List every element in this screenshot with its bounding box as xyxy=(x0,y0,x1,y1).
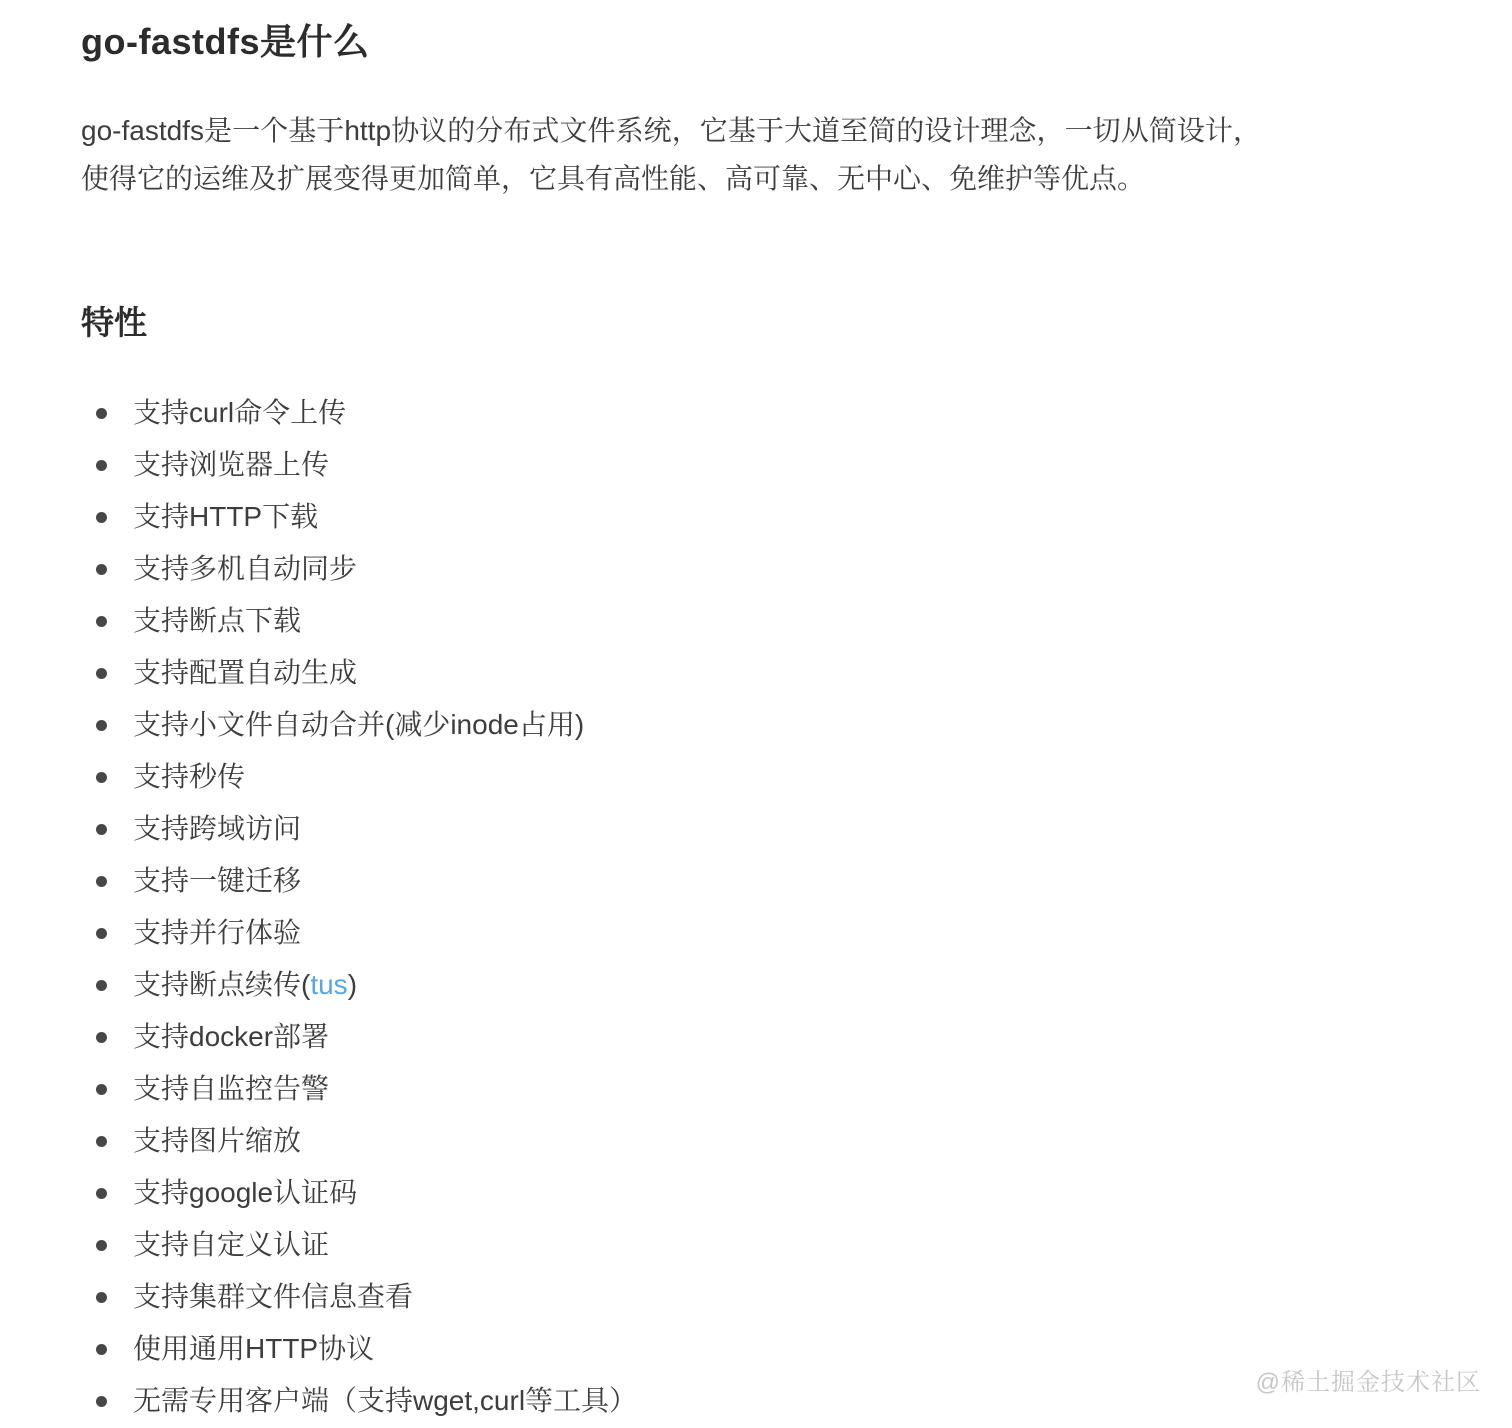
feature-item: 支持自定义认证 xyxy=(81,1219,1432,1271)
feature-item: 支持curl命令上传 xyxy=(81,387,1432,439)
feature-text: 支持断点续传( xyxy=(133,969,310,1000)
feature-item: 支持跨域访问 xyxy=(81,803,1432,855)
feature-item: 支持断点下载 xyxy=(81,595,1432,647)
feature-item: 支持配置自动生成 xyxy=(81,647,1432,699)
tus-link[interactable]: tus xyxy=(310,969,347,1000)
feature-item: 支持秒传 xyxy=(81,751,1432,803)
features-heading: 特性 xyxy=(81,303,1432,343)
feature-text: ) xyxy=(348,969,357,1000)
feature-item: 支持小文件自动合并(减少inode占用) xyxy=(81,699,1432,751)
feature-item: 支持自监控告警 xyxy=(81,1063,1432,1115)
feature-item: 支持google认证码 xyxy=(81,1167,1432,1219)
page-title: go-fastdfs是什么 xyxy=(81,0,1432,63)
intro-paragraph: go-fastdfs是一个基于http协议的分布式文件系统，它基于大道至简的设计… xyxy=(81,107,1261,203)
feature-item: 支持浏览器上传 xyxy=(81,439,1432,491)
features-list: 支持curl命令上传支持浏览器上传支持HTTP下载支持多机自动同步支持断点下载支… xyxy=(81,387,1432,1427)
feature-item: 支持docker部署 xyxy=(81,1011,1432,1063)
feature-item: 支持集群文件信息查看 xyxy=(81,1271,1432,1323)
feature-item: 支持HTTP下载 xyxy=(81,491,1432,543)
feature-item: 使用通用HTTP协议 xyxy=(81,1323,1432,1375)
article: go-fastdfs是什么 go-fastdfs是一个基于http协议的分布式文… xyxy=(0,0,1512,1427)
feature-item: 支持多机自动同步 xyxy=(81,543,1432,595)
feature-item: 支持一键迁移 xyxy=(81,855,1432,907)
feature-item: 支持断点续传(tus) xyxy=(81,959,1432,1011)
feature-item: 支持并行体验 xyxy=(81,907,1432,959)
feature-item: 支持图片缩放 xyxy=(81,1115,1432,1167)
feature-item: 无需专用客户端（支持wget,curl等工具） xyxy=(81,1375,1432,1427)
